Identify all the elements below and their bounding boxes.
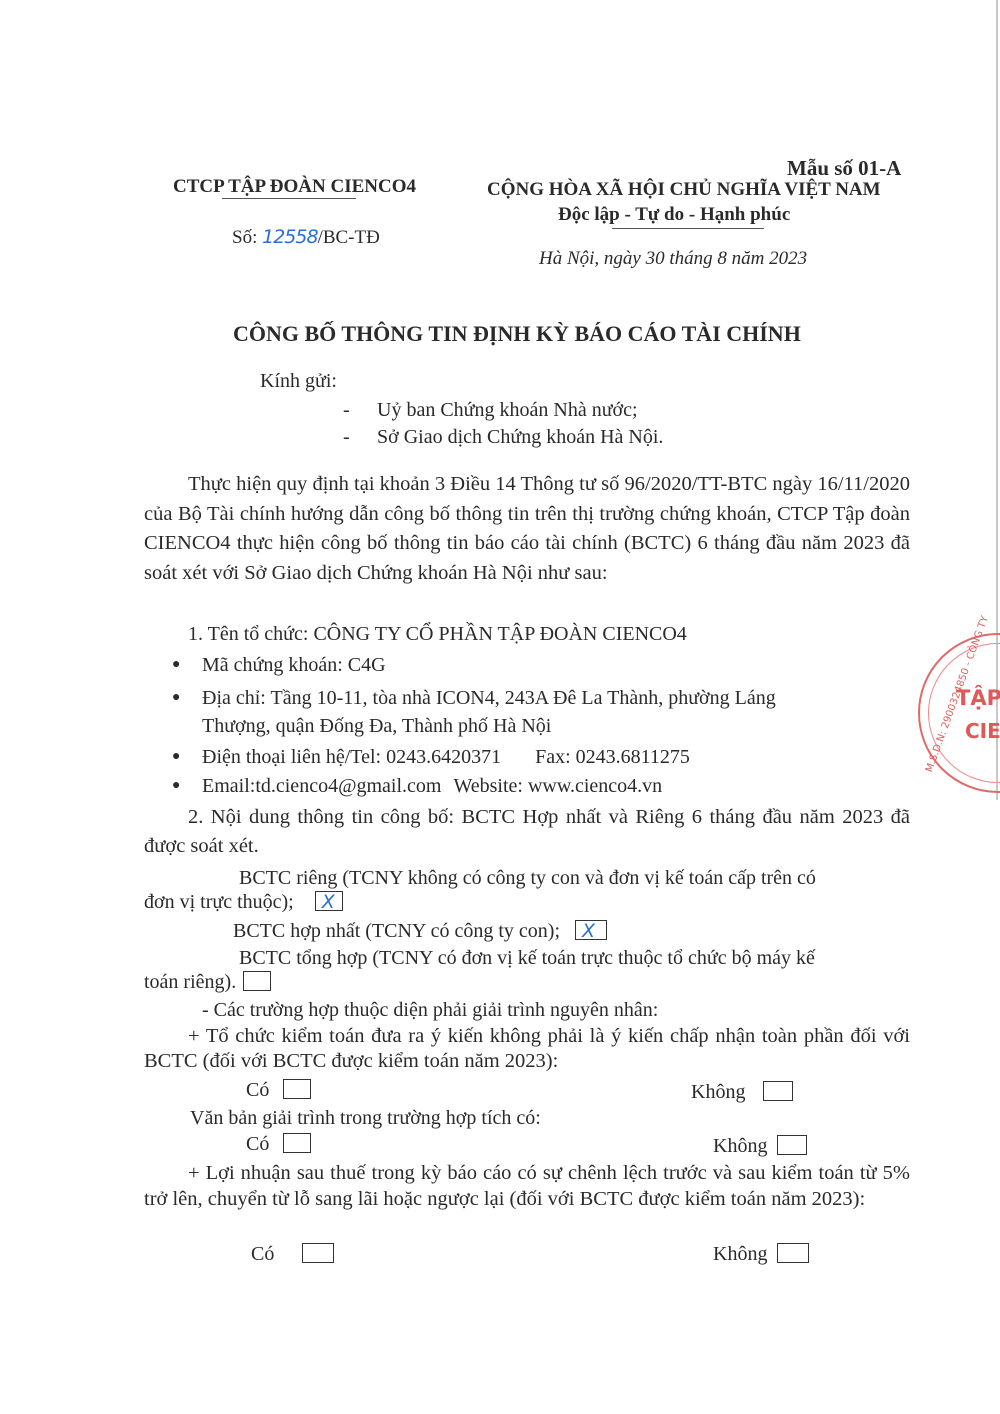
- bullet-icon: ●: [172, 742, 202, 771]
- checkbox-consolidated-report[interactable]: X: [575, 920, 607, 940]
- option-combined: toán riêng).: [144, 968, 271, 997]
- motto: Độc lập - Tự do - Hạnh phúc: [558, 204, 790, 226]
- checkbox-case2-no[interactable]: [777, 1243, 809, 1263]
- document-number: Số: 12558/BC-TĐ: [232, 226, 380, 249]
- case1-no: Không: [691, 1078, 793, 1107]
- recipient-item: -Uỷ ban Chứng khoán Nhà nước;: [343, 396, 638, 425]
- bullet-icon: ●: [172, 650, 202, 679]
- option-consolidated: BCTC hợp nhất (TCNY có công ty con); X: [233, 917, 607, 946]
- doc-number-suffix: /BC-TĐ: [318, 227, 380, 248]
- document-title: CÔNG BỐ THÔNG TIN ĐỊNH KỲ BÁO CÁO TÀI CH…: [233, 321, 801, 347]
- nation-title: CỘNG HÒA XÃ HỘI CHỦ NGHĨA VIỆT NAM: [487, 179, 881, 201]
- option-separate: đơn vị trực thuộc); X: [144, 888, 343, 917]
- checkbox-doc-yes[interactable]: [283, 1133, 311, 1153]
- case2-no: Không: [713, 1240, 809, 1269]
- bullet-icon: ●: [172, 683, 202, 712]
- address-line2: Thượng, quận Đống Đa, Thành phố Hà Nội: [202, 712, 551, 741]
- organization-underline: [222, 198, 356, 199]
- stock-code: ●Mã chứng khoán: C4G: [172, 650, 386, 680]
- doc-number-prefix: Số:: [232, 227, 262, 248]
- checkbox-case1-no[interactable]: [763, 1081, 793, 1101]
- doc-explain-label: Văn bản giải trình trong trường hợp tích…: [190, 1104, 541, 1133]
- option-combined-line1: BCTC tổng hợp (TCNY có đơn vị kế toán tr…: [239, 944, 815, 973]
- place-date: Hà Nội, ngày 30 tháng 8 năm 2023: [539, 248, 807, 270]
- explanations-heading: - Các trường hợp thuộc diện phải giải tr…: [202, 996, 658, 1025]
- bullet-icon: ●: [172, 771, 202, 800]
- motto-underline: [612, 228, 764, 229]
- intro-paragraph: Thực hiện quy định tại khoản 3 Điều 14 T…: [144, 470, 910, 588]
- doc-yes: Có: [246, 1130, 311, 1159]
- checkbox-case2-yes[interactable]: [302, 1243, 334, 1263]
- explanation-case2: + Lợi nhuận sau thuế trong kỳ báo cáo có…: [144, 1160, 910, 1212]
- doc-number-handwritten: 12558: [262, 226, 317, 248]
- contact-phone-fax: ●Điện thoại liên hệ/Tel: 0243.6420371Fax…: [172, 742, 690, 772]
- address: ●Địa chỉ: Tầng 10-11, tòa nhà ICON4, 243…: [172, 683, 776, 713]
- form-number: Mẫu số 01-A: [787, 156, 901, 181]
- section2-heading: 2. Nội dung thông tin công bố: BCTC Hợp …: [144, 803, 910, 861]
- checkbox-doc-no[interactable]: [777, 1135, 807, 1155]
- checkbox-combined-report[interactable]: [243, 971, 271, 991]
- checkbox-case1-yes[interactable]: [283, 1079, 311, 1099]
- check-x-icon: X: [582, 917, 595, 946]
- section1-heading: 1. Tên tổ chức: CÔNG TY CỔ PHẦN TẬP ĐOÀN…: [188, 620, 687, 649]
- contact-email-website: ●Email:td.cienco4@gmail.comWebsite: www.…: [172, 771, 662, 801]
- doc-no: Không: [713, 1132, 807, 1161]
- stamp-text-line2: CIE: [965, 719, 1000, 743]
- case2-yes: Có: [251, 1240, 334, 1269]
- organization-name: CTCP TẬP ĐOÀN CIENCO4: [173, 176, 416, 198]
- recipient-item: -Sở Giao dịch Chứng khoán Hà Nội.: [343, 423, 663, 452]
- check-x-icon: X: [322, 888, 335, 917]
- recipients-label: Kính gửi:: [260, 367, 337, 396]
- case1-yes: Có: [246, 1076, 311, 1105]
- checkbox-separate-report[interactable]: X: [315, 891, 343, 911]
- explanation-case1: + Tổ chức kiểm toán đưa ra ý kiến không …: [144, 1024, 910, 1074]
